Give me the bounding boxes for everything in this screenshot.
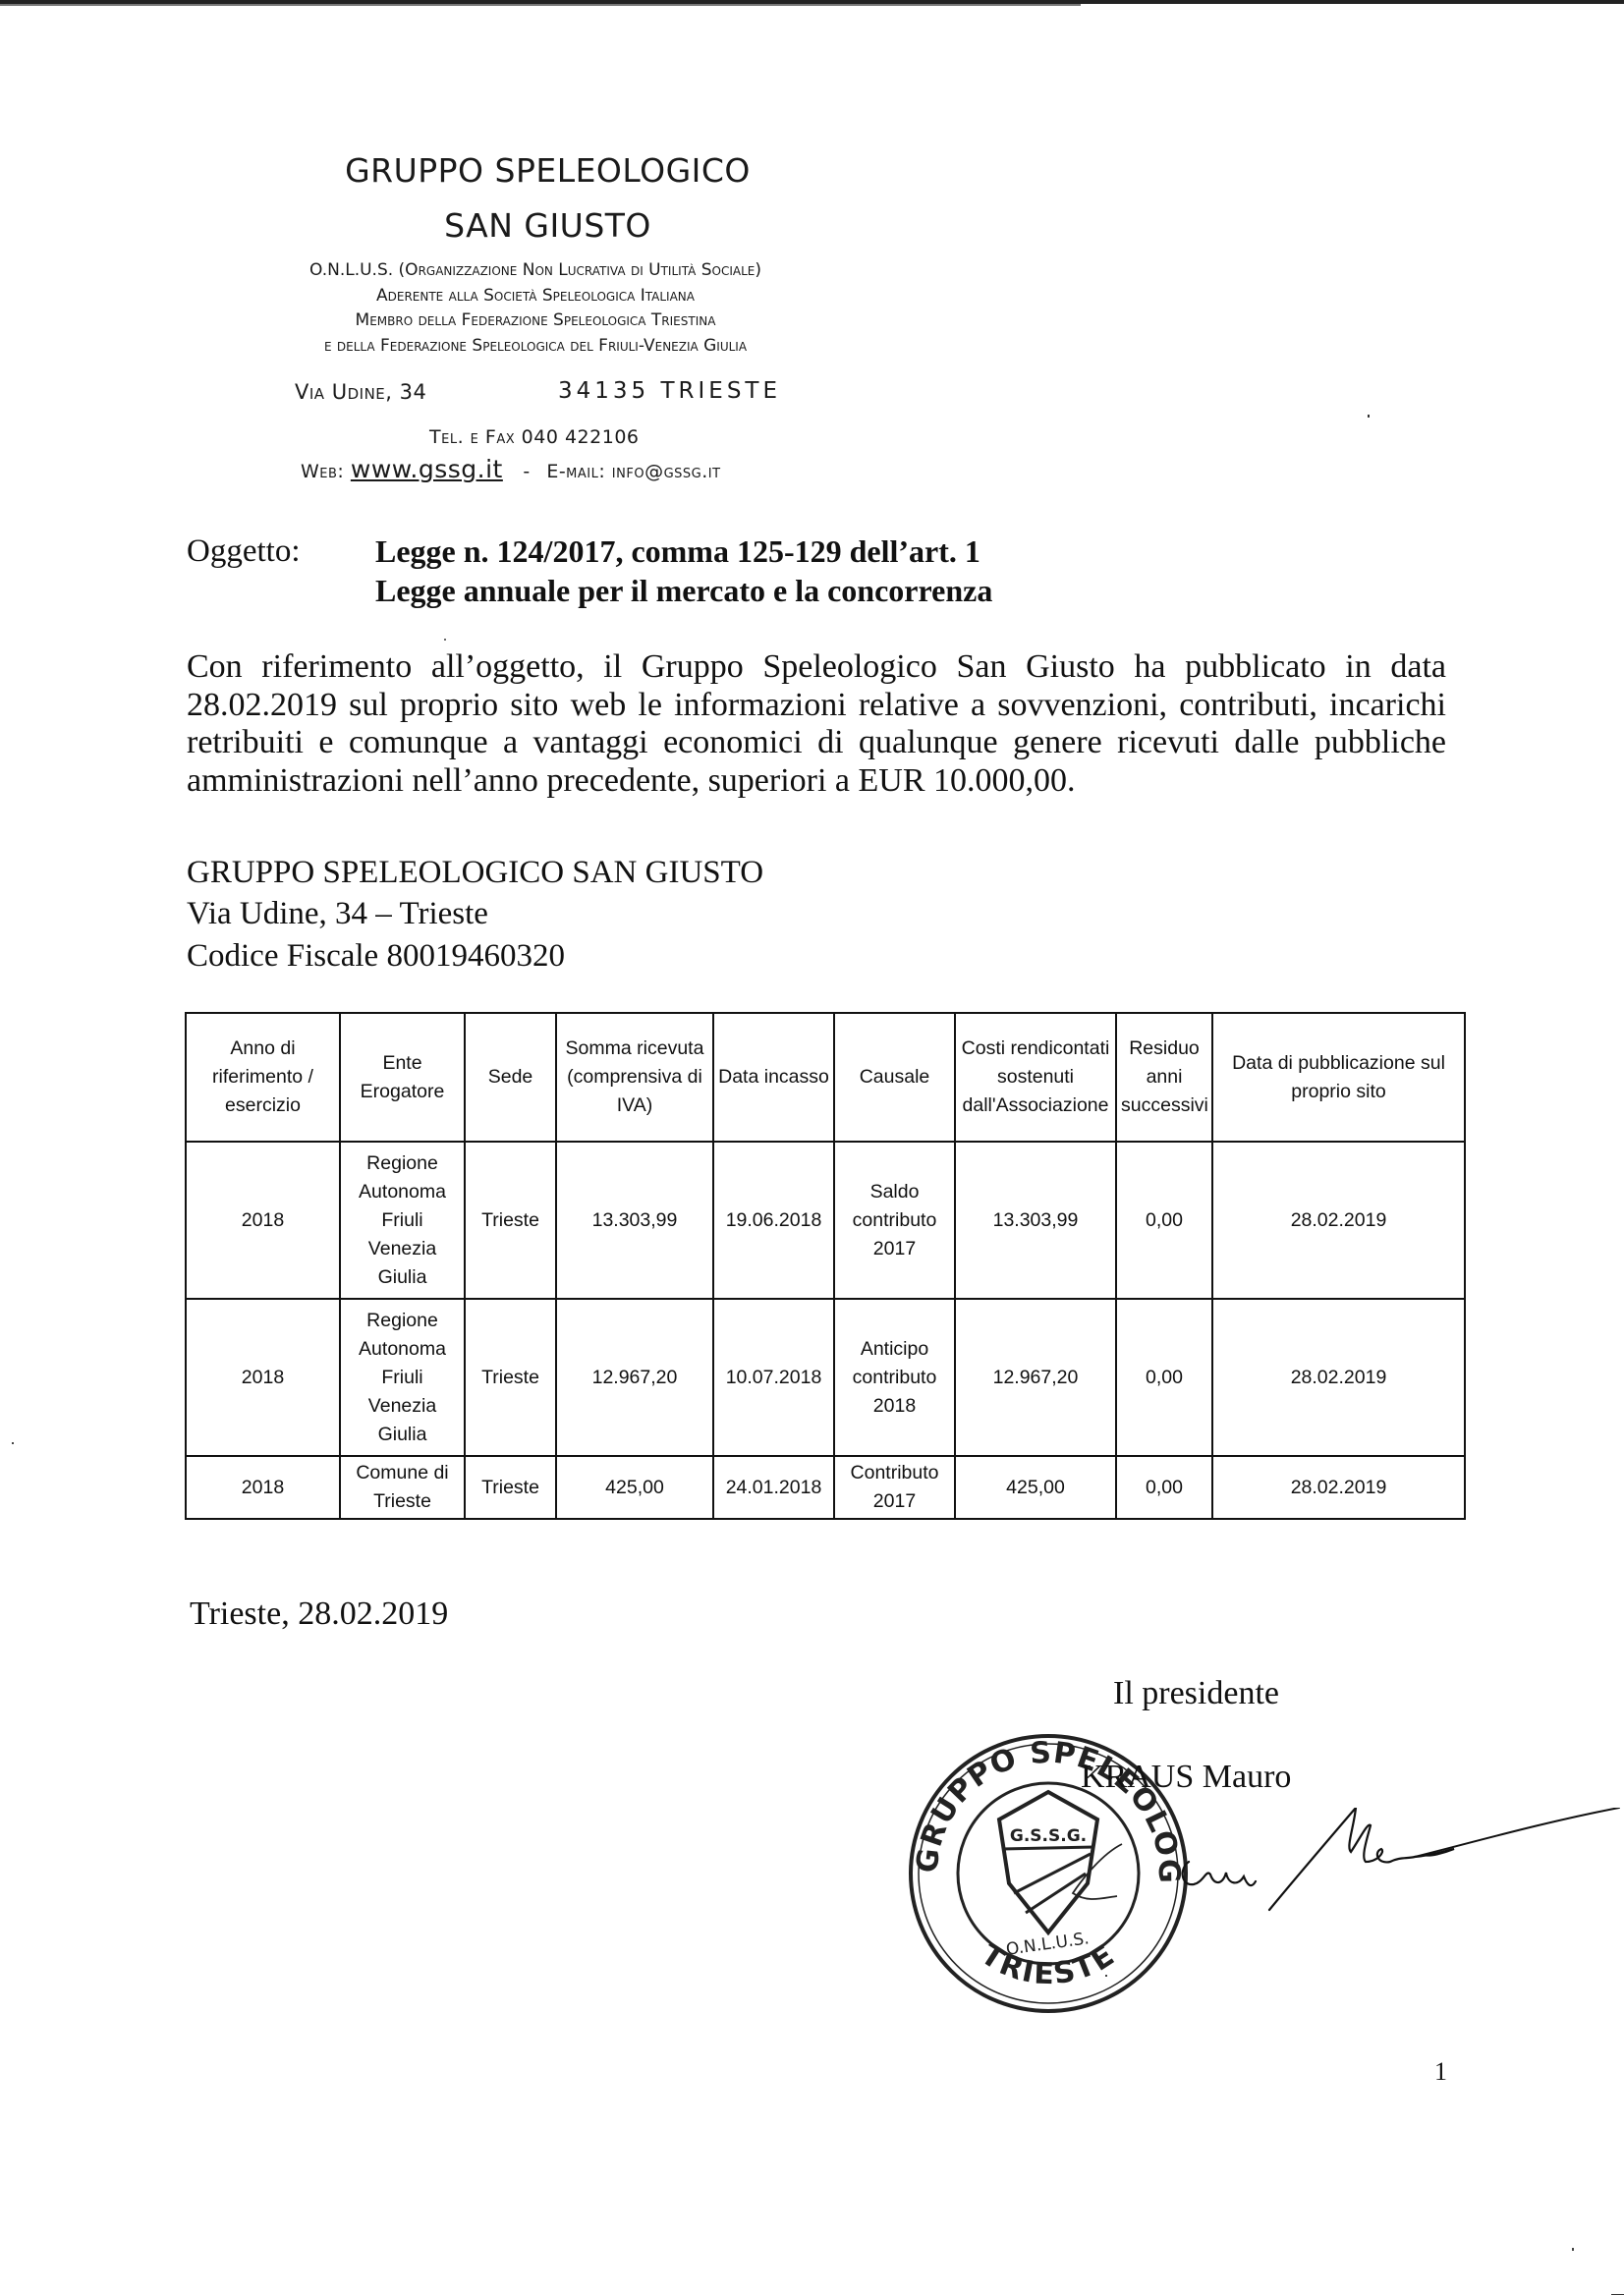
table-cell: 0,00: [1116, 1142, 1212, 1299]
signer-name: KRAUS Mauro: [1081, 1759, 1291, 1796]
signer-title: Il presidente: [1113, 1675, 1279, 1712]
table-cell: Regione Autonoma Friuli Venezia Giulia: [340, 1299, 465, 1456]
letterhead-title-line2: SAN GIUSTO: [246, 206, 850, 245]
letterhead-subtitle-3: Membro della Federazione Speleologica Tr…: [196, 310, 874, 330]
contributions-table: Anno di riferimento / esercizioEnte Erog…: [185, 1012, 1466, 1520]
letterhead-subtitle-1: O.N.L.U.S. (Organizzazione Non Lucrativa…: [196, 260, 874, 280]
table-cell: 2018: [186, 1142, 340, 1299]
svg-text:GRUPPO SPELEOLOGICO SAN GIUSTO: GRUPPO SPELEOLOGICO SAN GIUSTO: [906, 1731, 1186, 1884]
table-cell: Regione Autonoma Friuli Venezia Giulia: [340, 1142, 465, 1299]
table-cell: 19.06.2018: [713, 1142, 834, 1299]
web-label: Web:: [301, 461, 344, 482]
table-cell: Trieste: [465, 1299, 556, 1456]
email-link[interactable]: E-mail: info@gssg.it: [546, 461, 720, 482]
table-cell: 12.967,20: [955, 1299, 1116, 1456]
letterhead-phone: Tel. e Fax 040 422106: [429, 426, 640, 448]
table-cell: 0,00: [1116, 1456, 1212, 1519]
table-header-cell: Residuo anni successivi: [1116, 1013, 1212, 1142]
subject-label: Oggetto:: [187, 533, 300, 570]
letterhead-city: 34135 TRIESTE: [558, 378, 781, 404]
table-cell: 13.303,99: [955, 1142, 1116, 1299]
table-cell: 28.02.2019: [1212, 1456, 1465, 1519]
table-cell: Contributo 2017: [834, 1456, 955, 1519]
letterhead-subtitle-4: e della Federazione Speleologica del Fri…: [196, 336, 874, 356]
subject-line2: Legge annuale per il mercato e la concor…: [375, 573, 992, 609]
table-header-cell: Somma ricevuta (comprensiva di IVA): [556, 1013, 713, 1142]
table-header-cell: Costi rendicontati sostenuti dall'Associ…: [955, 1013, 1116, 1142]
table-cell: Saldo contributo 2017: [834, 1142, 955, 1299]
letterhead-subtitle-2: Aderente alla Società Speleologica Itali…: [196, 286, 874, 306]
letterhead-street: Via Udine, 34: [295, 380, 426, 404]
stamp-ring-text: GRUPPO SPELEOLOGICO SAN GIUSTO: [906, 1731, 1186, 1884]
table-cell: Trieste: [465, 1456, 556, 1519]
subject-line1: Legge n. 124/2017, comma 125-129 dell’ar…: [375, 533, 980, 570]
table-cell: 2018: [186, 1456, 340, 1519]
table-row: 2018Comune di TriesteTrieste425,0024.01.…: [186, 1456, 1465, 1519]
table-cell: 10.07.2018: [713, 1299, 834, 1456]
table-cell: 425,00: [955, 1456, 1116, 1519]
letterhead-title-line1: GRUPPO SPELEOLOGICO: [246, 151, 850, 190]
table-cell: 13.303,99: [556, 1142, 713, 1299]
stamp-shield-text: G.S.S.G.: [1010, 1826, 1087, 1846]
contact-separator: -: [523, 461, 530, 482]
organization-tax-code: Codice Fiscale 80019460320: [187, 938, 565, 975]
table-cell: 0,00: [1116, 1299, 1212, 1456]
page-number: 1: [1434, 2057, 1447, 2087]
table-row: 2018Regione Autonoma Friuli Venezia Giul…: [186, 1299, 1465, 1456]
table-cell: 28.02.2019: [1212, 1299, 1465, 1456]
body-paragraph: Con riferimento all’oggetto, il Gruppo S…: [187, 648, 1446, 800]
table-cell: Trieste: [465, 1142, 556, 1299]
letterhead-contact-line: Web: www.gssg.it - E-mail: info@gssg.it: [301, 455, 721, 483]
place-date: Trieste, 28.02.2019: [190, 1595, 448, 1633]
table-header-row: Anno di riferimento / esercizioEnte Erog…: [186, 1013, 1465, 1142]
organization-address: Via Udine, 34 – Trieste: [187, 896, 488, 932]
table-cell: 24.01.2018: [713, 1456, 834, 1519]
table-cell: Anticipo contributo 2018: [834, 1299, 955, 1456]
table-cell: 425,00: [556, 1456, 713, 1519]
table-header-cell: Data incasso: [713, 1013, 834, 1142]
signature-icon: [1149, 1808, 1621, 1916]
table-row: 2018Regione Autonoma Friuli Venezia Giul…: [186, 1142, 1465, 1299]
table-header-cell: Sede: [465, 1013, 556, 1142]
organization-name: GRUPPO SPELEOLOGICO SAN GIUSTO: [187, 855, 763, 891]
scan-edge-shadow: [0, 4, 1081, 6]
table-cell: 12.967,20: [556, 1299, 713, 1456]
website-link[interactable]: www.gssg.it: [351, 455, 503, 483]
table-header-cell: Anno di riferimento / esercizio: [186, 1013, 340, 1142]
table-header-cell: Data di pubblicazione sul proprio sito: [1212, 1013, 1465, 1142]
table-cell: Comune di Trieste: [340, 1456, 465, 1519]
table-cell: 28.02.2019: [1212, 1142, 1465, 1299]
table-header-cell: Ente Erogatore: [340, 1013, 465, 1142]
table-cell: 2018: [186, 1299, 340, 1456]
table-header-cell: Causale: [834, 1013, 955, 1142]
